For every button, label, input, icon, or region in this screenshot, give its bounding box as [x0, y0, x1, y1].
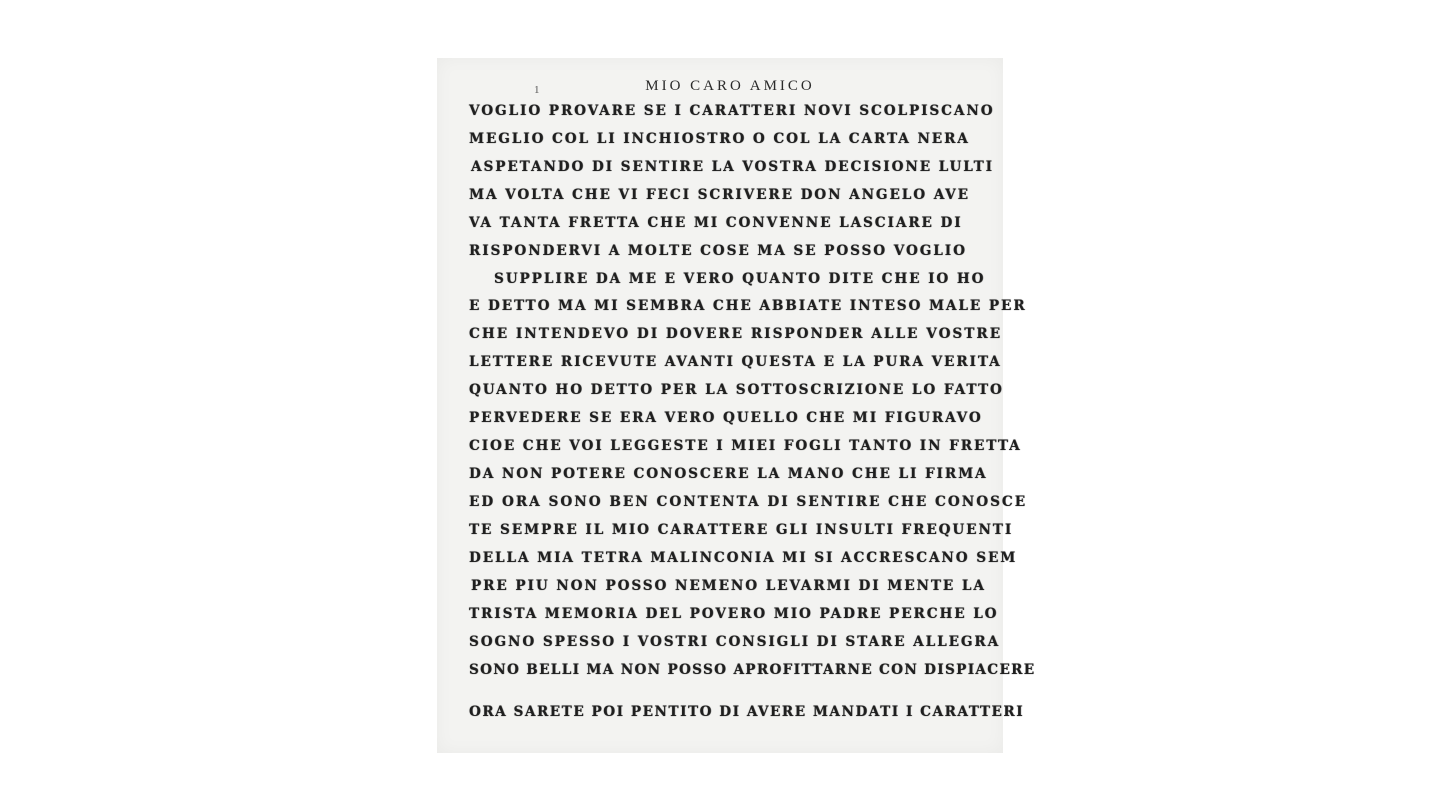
- letter-line: LETTERE RICEVUTE AVANTI QUESTA E LA PURA…: [469, 354, 1002, 370]
- letter-line: SUPPLIRE DA ME E VERO QUANTO DITE CHE IO…: [494, 271, 985, 287]
- letter-line: DELLA MIA TETRA MALINCONIA MI SI ACCRESC…: [469, 550, 1017, 566]
- letter-line: MA VOLTA CHE VI FECI SCRIVERE DON ANGELO…: [469, 187, 970, 203]
- letter-line: E DETTO MA MI SEMBRA CHE ABBIATE INTESO …: [469, 298, 1027, 314]
- letter-line: TRISTA MEMORIA DEL POVERO MIO PADRE PERC…: [469, 606, 998, 622]
- letter-line: CHE INTENDEVO DI DOVERE RISPONDER ALLE V…: [469, 326, 1002, 342]
- letter-line: ORA SARETE POI PENTITO DI AVERE MANDATI …: [469, 704, 1024, 720]
- letter-line: QUANTO HO DETTO PER LA SOTTOSCRIZIONE LO…: [469, 382, 1004, 398]
- letter-line: ASPETANDO DI SENTIRE LA VOSTRA DECISIONE…: [471, 159, 994, 175]
- letter-line: RISPONDERVI A MOLTE COSE MA SE POSSO VOG…: [469, 243, 967, 259]
- letter-line: CIOE CHE VOI LEGGESTE I MIEI FOGLI TANTO…: [469, 438, 1022, 454]
- letter-line: SOGNO SPESSO I VOSTRI CONSIGLI DI STARE …: [469, 634, 1000, 650]
- letter-line: PERVEDERE SE ERA VERO QUELLO CHE MI FIGU…: [469, 410, 983, 426]
- letter-line: VOGLIO PROVARE SE I CARATTERI NOVI SCOLP…: [469, 103, 995, 119]
- letter-line: SONO BELLI MA NON POSSO APROFITTARNE CON…: [469, 662, 1035, 678]
- letter-line: DA NON POTERE CONOSCERE LA MANO CHE LI F…: [469, 466, 988, 482]
- letter-line: PRE PIU NON POSSO NEMENO LEVARMI DI MENT…: [471, 578, 986, 594]
- letter-line: VA TANTA FRETTA CHE MI CONVENNE LASCIARE…: [469, 215, 963, 231]
- letter-salutation: MIO CARO AMICO: [437, 78, 1003, 95]
- typewritten-letter-page: 1 MIO CARO AMICO VOGLIO PROVARE SE I CAR…: [437, 58, 1003, 753]
- letter-line: ED ORA SONO BEN CONTENTA DI SENTIRE CHE …: [469, 494, 1027, 510]
- letter-line: TE SEMPRE IL MIO CARATTERE GLI INSULTI F…: [469, 522, 1013, 538]
- letter-line: MEGLIO COL LI INCHIOSTRO O COL LA CARTA …: [469, 131, 970, 147]
